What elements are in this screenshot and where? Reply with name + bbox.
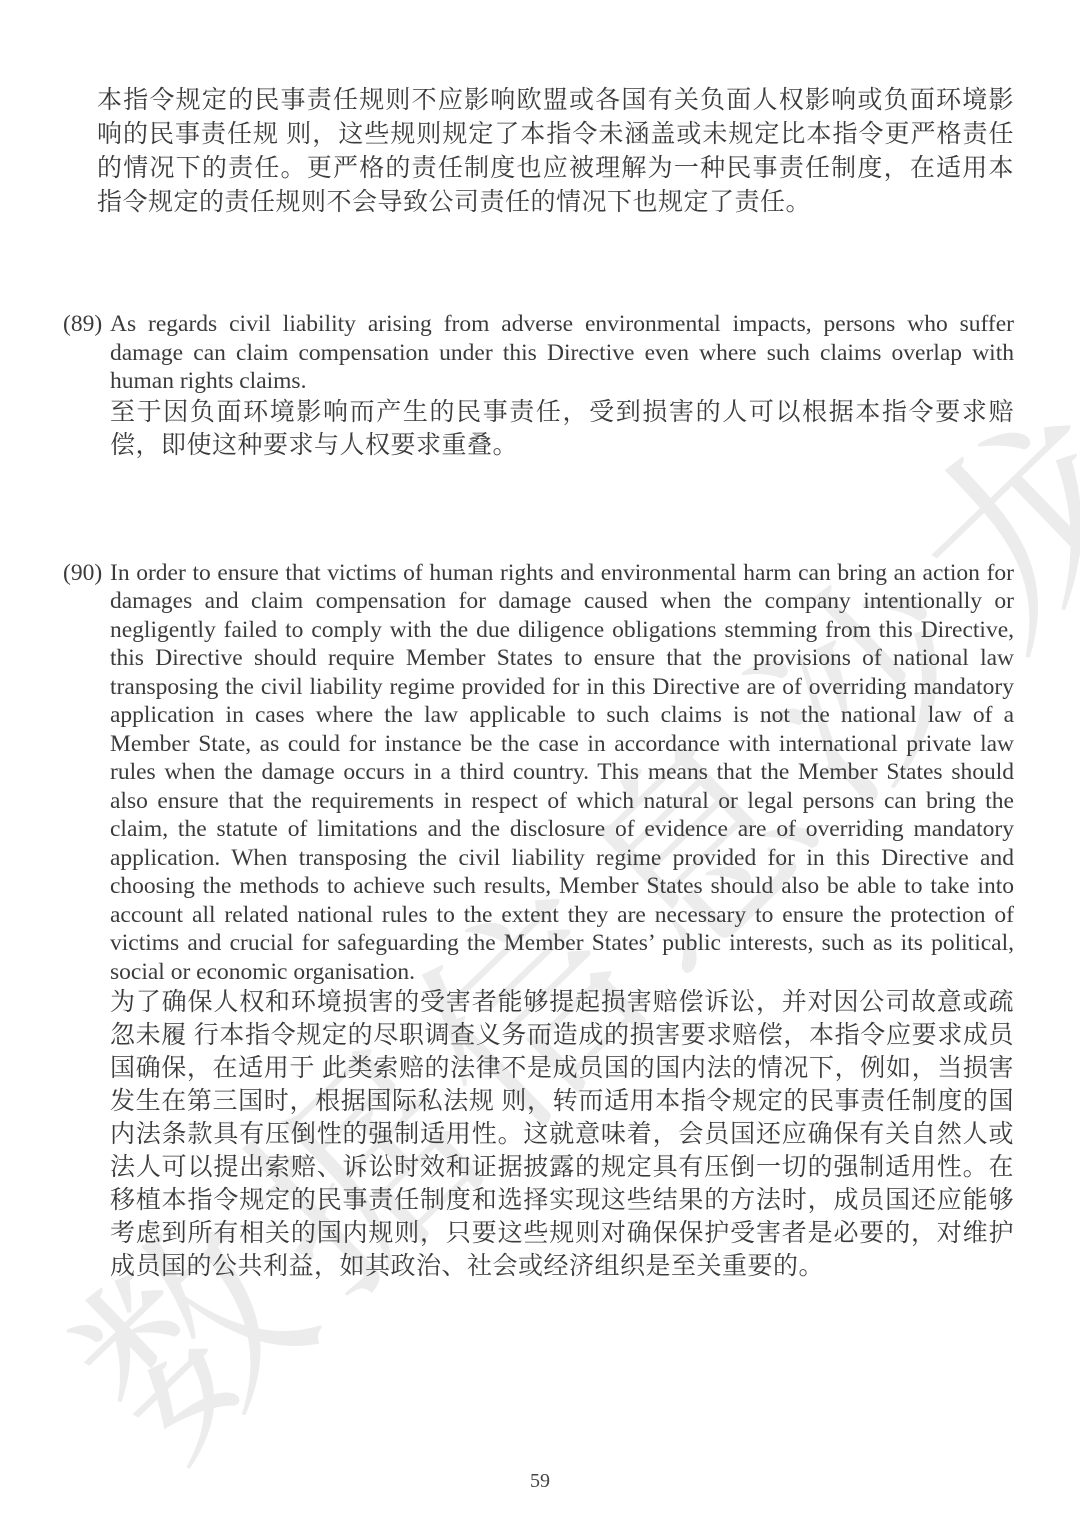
recital-90-number: (90) (63, 559, 102, 588)
page-number: 59 (0, 1470, 1080, 1493)
recital-90-text-en: In order to ensure that victims of human… (110, 559, 1014, 987)
recital-90-text-zh: 为了确保人权和环境损害的受害者能够提起损害赔偿诉讼，并对因公司故意或疏忽未履 行… (110, 986, 1014, 1283)
intro-paragraph-zh: 本指令规定的民事责任规则不应影响欧盟或各国有关负面人权影响或负面环境影响的民事责… (97, 84, 1014, 220)
recital-89-number: (89) (63, 310, 102, 339)
recital-89: (89) As regards civil liability arising … (63, 310, 1014, 462)
page-content: 本指令规定的民事责任规则不应影响欧盟或各国有关负面人权影响或负面环境影响的民事责… (63, 0, 1014, 1283)
document-page: 数据信息沙龙 本指令规定的民事责任规则不应影响欧盟或各国有关负面人权影响或负面环… (0, 0, 1080, 1527)
recital-89-text-zh: 至于因负面环境影响而产生的民事责任，受到损害的人可以根据本指令要求赔偿，即使这种… (110, 396, 1014, 462)
recital-89-text-en: As regards civil liability arising from … (110, 310, 1014, 396)
recital-90: (90) In order to ensure that victims of … (63, 559, 1014, 1284)
